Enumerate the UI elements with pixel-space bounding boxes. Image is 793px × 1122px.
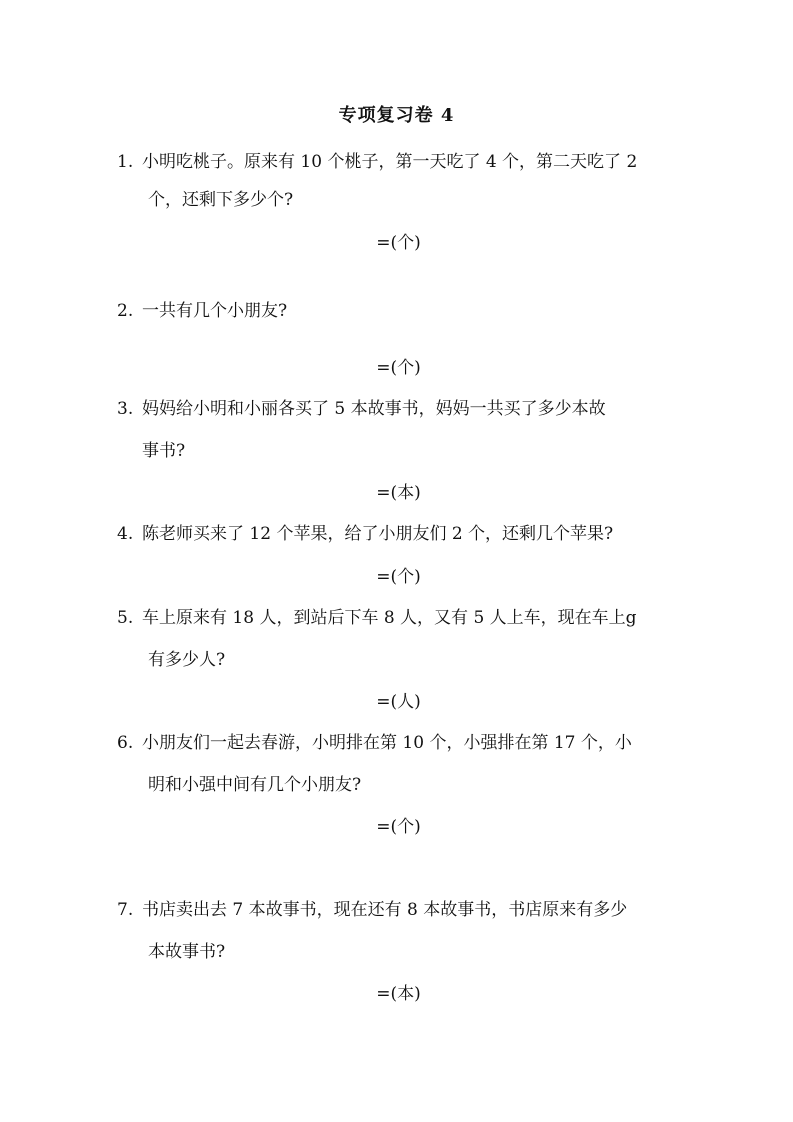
answer-blank-3: =(本)	[0, 482, 793, 504]
question-number: 5.	[117, 607, 142, 629]
question-5: 5.车上原来有 18 人，到站后下车 8 人，又有 5 人上车，现在车上g	[117, 607, 637, 629]
answer-blank-4: =(个)	[0, 566, 793, 588]
question-4: 4.陈老师买来了 12 个苹果，给了小朋友们 2 个，还剩几个苹果?	[117, 523, 613, 545]
question-2: 2.一共有几个小朋友?	[117, 300, 287, 322]
question-text: 妈妈给小明和小丽各买了 5 本故事书，妈妈一共买了多少本故	[142, 399, 606, 419]
question-7-continuation: 本故事书?	[148, 941, 225, 963]
question-text: 一共有几个小朋友?	[142, 301, 287, 321]
answer-blank-1: =(个)	[0, 232, 793, 254]
question-number: 1.	[117, 151, 142, 173]
question-5-continuation: 有多少人?	[148, 649, 225, 671]
question-number: 3.	[117, 398, 142, 420]
question-number: 2.	[117, 300, 142, 322]
question-6-continuation: 明和小强中间有几个小朋友?	[148, 774, 361, 796]
question-6: 6.小朋友们一起去春游，小明排在第 10 个，小强排在第 17 个，小	[117, 732, 632, 754]
answer-blank-5: =(人)	[0, 691, 793, 713]
question-3-continuation: 事书?	[142, 440, 185, 462]
question-text: 小明吃桃子。原来有 10 个桃子，第一天吃了 4 个，第二天吃了 2	[142, 152, 637, 172]
question-text: 小朋友们一起去春游，小明排在第 10 个，小强排在第 17 个，小	[142, 733, 632, 753]
answer-blank-7: =(本)	[0, 983, 793, 1005]
question-7: 7.书店卖出去 7 本故事书，现在还有 8 本故事书，书店原来有多少	[117, 899, 627, 921]
question-text: 陈老师买来了 12 个苹果，给了小朋友们 2 个，还剩几个苹果?	[142, 524, 613, 544]
question-number: 4.	[117, 523, 142, 545]
answer-blank-2: =(个)	[0, 357, 793, 379]
worksheet-page: 专项复习卷 4 1.小明吃桃子。原来有 10 个桃子，第一天吃了 4 个，第二天…	[0, 0, 793, 1122]
question-text: 书店卖出去 7 本故事书，现在还有 8 本故事书，书店原来有多少	[142, 900, 627, 920]
answer-blank-6: =(个)	[0, 816, 793, 838]
page-title: 专项复习卷 4	[0, 104, 793, 128]
question-3: 3.妈妈给小明和小丽各买了 5 本故事书，妈妈一共买了多少本故	[117, 398, 606, 420]
question-1: 1.小明吃桃子。原来有 10 个桃子，第一天吃了 4 个，第二天吃了 2	[117, 151, 637, 173]
question-1-continuation: 个，还剩下多少个?	[148, 189, 293, 211]
question-number: 6.	[117, 732, 142, 754]
question-text: 车上原来有 18 人，到站后下车 8 人，又有 5 人上车，现在车上g	[142, 608, 637, 628]
question-number: 7.	[117, 899, 142, 921]
